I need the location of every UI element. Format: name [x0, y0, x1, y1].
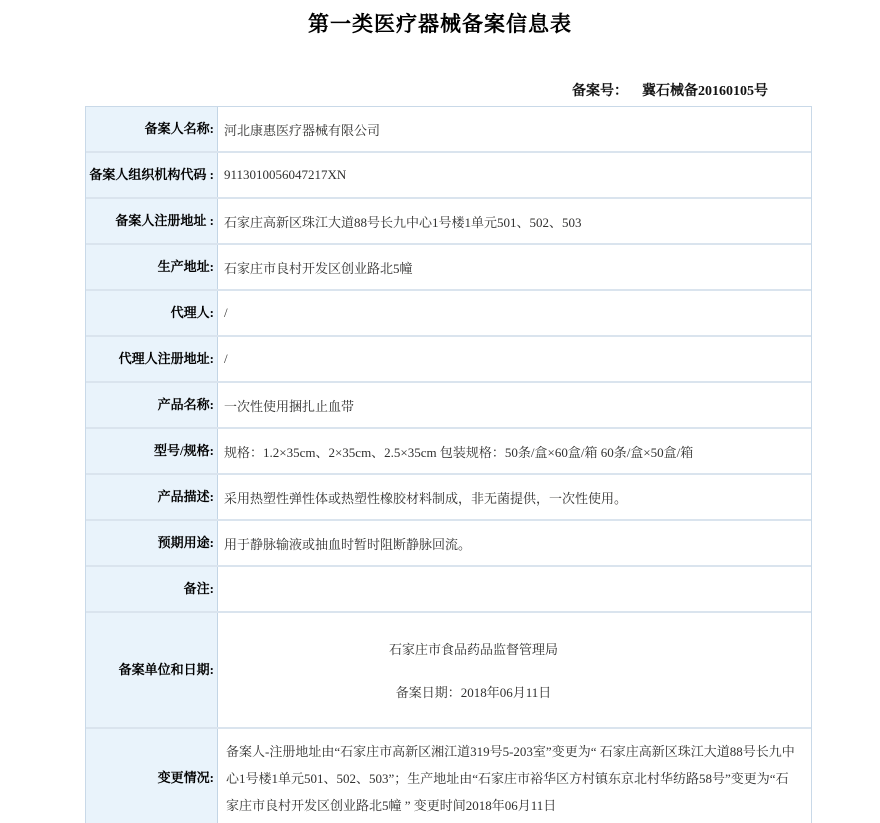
table-row-product-description: 产品描述: 采用热塑性弹性体或热塑性橡胶材料制成，非无菌提供，一次性使用。	[86, 473, 811, 519]
table-row-product-name: 产品名称: 一次性使用捆扎止血带	[86, 381, 811, 427]
row-label: 变更情况:	[86, 729, 218, 823]
row-label: 备案单位和日期:	[86, 613, 218, 727]
change-info-text: 备案人-注册地址由“石家庄市高新区湘江道319号5-203室”变更为“ 石家庄高…	[226, 738, 801, 819]
table-row-registered-address: 备案人注册地址 : 石家庄高新区珠江大道88号长九中心1号楼1单元501、502…	[86, 197, 811, 243]
row-label: 代理人注册地址:	[86, 337, 218, 381]
row-value: 石家庄高新区珠江大道88号长九中心1号楼1单元501、502、503	[218, 199, 811, 243]
table-row-applicant-name: 备案人名称: 河北康惠医疗器械有限公司	[86, 107, 811, 151]
row-value: 9113010056047217XN	[218, 153, 811, 197]
row-value: /	[218, 291, 811, 335]
row-label: 备案人注册地址 :	[86, 199, 218, 243]
table-row-model-spec: 型号/规格: 规格：1.2×35cm、2×35cm、2.5×35cm 包装规格：…	[86, 427, 811, 473]
table-row-agent: 代理人: /	[86, 289, 811, 335]
table-row-remarks: 备注:	[86, 565, 811, 611]
filing-authority: 石家庄市食品药品监督管理局	[389, 639, 558, 658]
row-label: 型号/规格:	[86, 429, 218, 473]
row-label: 备案人名称:	[86, 107, 218, 151]
filing-date: 备案日期：2018年06月11日	[396, 682, 552, 701]
row-value: 备案人-注册地址由“石家庄市高新区湘江道319号5-203室”变更为“ 石家庄高…	[218, 729, 811, 823]
row-label: 备注:	[86, 567, 218, 611]
row-label: 备案人组织机构代码 :	[86, 153, 218, 197]
row-value: /	[218, 337, 811, 381]
table-row-org-code: 备案人组织机构代码 : 9113010056047217XN	[86, 151, 811, 197]
filing-info-table: 备案人名称: 河北康惠医疗器械有限公司 备案人组织机构代码 : 91130100…	[85, 106, 812, 823]
row-label: 产品名称:	[86, 383, 218, 427]
row-value	[218, 567, 811, 611]
table-row-production-address: 生产地址: 石家庄市良村开发区创业路北5幢	[86, 243, 811, 289]
filing-number-label: 备案号：	[572, 84, 628, 99]
row-value: 用于静脉输液或抽血时暂时阻断静脉回流。	[218, 521, 811, 565]
row-label: 预期用途:	[86, 521, 218, 565]
table-row-intended-use: 预期用途: 用于静脉输液或抽血时暂时阻断静脉回流。	[86, 519, 811, 565]
row-value: 规格：1.2×35cm、2×35cm、2.5×35cm 包装规格：50条/盒×6…	[218, 429, 811, 473]
row-value: 河北康惠医疗器械有限公司	[218, 107, 811, 151]
row-value: 采用热塑性弹性体或热塑性橡胶材料制成，非无菌提供，一次性使用。	[218, 475, 811, 519]
page-title: 第一类医疗器械备案信息表	[0, 0, 880, 38]
row-value: 石家庄市食品药品监督管理局 备案日期：2018年06月11日	[218, 613, 811, 727]
row-label: 代理人:	[86, 291, 218, 335]
row-value: 一次性使用捆扎止血带	[218, 383, 811, 427]
table-row-filing-unit-date: 备案单位和日期: 石家庄市食品药品监督管理局 备案日期：2018年06月11日	[86, 611, 811, 727]
filing-number-value: 冀石械备20160105号	[642, 84, 768, 99]
filing-number-line: 备案号：冀石械备20160105号	[0, 80, 812, 100]
table-row-change-info: 变更情况: 备案人-注册地址由“石家庄市高新区湘江道319号5-203室”变更为…	[86, 727, 811, 823]
row-label: 产品描述:	[86, 475, 218, 519]
row-label: 生产地址:	[86, 245, 218, 289]
row-value: 石家庄市良村开发区创业路北5幢	[218, 245, 811, 289]
table-row-agent-address: 代理人注册地址: /	[86, 335, 811, 381]
